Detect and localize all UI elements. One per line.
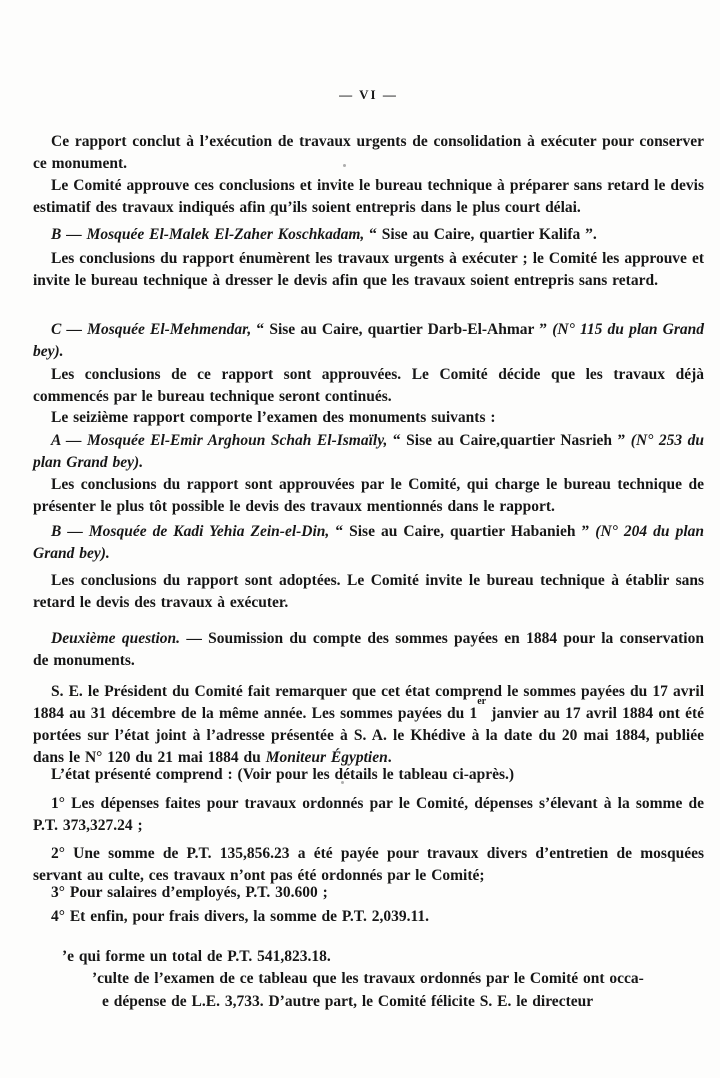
text-segment: Les conclusions de ce rapport sont appro…	[33, 366, 704, 405]
text-segment: A — Mosquée El-Emir Arghoun Schah El-Ism…	[51, 432, 387, 449]
paragraph: L’état présenté comprend : (Voir pour le…	[33, 764, 704, 786]
text-segment: 1° Les dépenses faites pour travaux ordo…	[33, 795, 704, 834]
page-number-header: — VI —	[33, 87, 704, 103]
mosque-report-heading: C — Mosquée El-Mehmendar, “ Sise au Cair…	[33, 319, 704, 363]
numbered-item: 2° Une somme de P.T. 135,856.23 a été pa…	[33, 843, 704, 887]
text-segment: Les conclusions du rapport énumèrent les…	[33, 250, 704, 289]
text-segment: 2° Une somme de P.T. 135,856.23 a été pa…	[33, 845, 704, 884]
text-segment: “ Sise au Caire,quartier Nasrieh ”	[387, 432, 630, 449]
text-segment: 4° Et enfin, pour frais divers, la somme…	[51, 908, 429, 925]
text-segment: Les conclusions du rapport sont approuvé…	[33, 476, 704, 515]
text-segment: ’culte de l’examen de ce tableau que les…	[92, 970, 644, 987]
text-segment: Le seizième rapport comporte l’examen de…	[51, 409, 496, 426]
text-segment: Deuxième question.	[51, 630, 180, 647]
text-segment: Les conclusions du rapport sont adoptées…	[33, 572, 704, 611]
text-segment: “ Sise au Caire, quartier Darb-El-Ahmar …	[251, 321, 552, 338]
cut-line: ’e qui forme un total de P.T. 541,823.18…	[62, 946, 331, 968]
numbered-item: 3° Pour salaires d’employés, P.T. 30.600…	[33, 882, 704, 904]
text-segment: ’e qui forme un total de P.T. 541,823.18…	[62, 948, 331, 965]
text-segment: L’état présenté comprend : (Voir pour le…	[51, 766, 514, 783]
text-segment: Ce rapport conclut à l’exécution de trav…	[33, 133, 704, 172]
text-segment: “ Sise au Caire, quartier Habanieh ”	[329, 523, 595, 540]
paragraph: Les conclusions de ce rapport sont appro…	[33, 364, 704, 408]
mosque-report-heading: A — Mosquée El-Emir Arghoun Schah El-Ism…	[33, 430, 704, 474]
scanned-document-page: — VI — Ce rapport conclut à l’exécution …	[0, 0, 720, 1078]
paragraph: Le seizième rapport comporte l’examen de…	[33, 407, 704, 429]
text-segment: B — Mosquée El-Malek El-Zaher Koschkadam…	[51, 226, 364, 243]
paragraph: Les conclusions du rapport sont approuvé…	[33, 474, 704, 518]
scan-speck	[269, 211, 272, 214]
cut-line: ’culte de l’examen de ce tableau que les…	[92, 968, 644, 990]
question-heading: Deuxième question. — Soumission du compt…	[33, 628, 704, 672]
text-segment: B — Mosquée de Kadi Yehia Zein-el-Din,	[51, 523, 329, 540]
paragraph: S. E. le Président du Comité fait remarq…	[33, 681, 704, 769]
text-segment: 3° Pour salaires d’employés, P.T. 30.600…	[51, 884, 328, 901]
mosque-report-heading: B — Mosquée de Kadi Yehia Zein-el-Din, “…	[33, 521, 704, 565]
cut-line: e dépense de L.E. 3,733. D’autre part, l…	[102, 991, 593, 1013]
paragraph: Les conclusions du rapport énumèrent les…	[33, 248, 704, 292]
scan-speck	[341, 781, 344, 784]
text-segment: “ Sise au Caire, quartier Kalifa ”.	[364, 226, 596, 243]
numbered-item: 1° Les dépenses faites pour travaux ordo…	[33, 793, 704, 837]
text-segment: C — Mosquée El-Mehmendar,	[51, 321, 251, 338]
text-segment: e dépense de L.E. 3,733. D’autre part, l…	[102, 993, 593, 1010]
text-segment: Le Comité approuve ces conclusions et in…	[33, 177, 704, 216]
scan-speck	[343, 164, 346, 167]
mosque-report-heading: B — Mosquée El-Malek El-Zaher Koschkadam…	[33, 224, 704, 246]
text-segment: er	[477, 696, 486, 707]
paragraph: Ce rapport conclut à l’exécution de trav…	[33, 131, 704, 175]
paragraph: Le Comité approuve ces conclusions et in…	[33, 175, 704, 219]
numbered-item: 4° Et enfin, pour frais divers, la somme…	[33, 906, 704, 928]
paragraph: Les conclusions du rapport sont adoptées…	[33, 570, 704, 614]
